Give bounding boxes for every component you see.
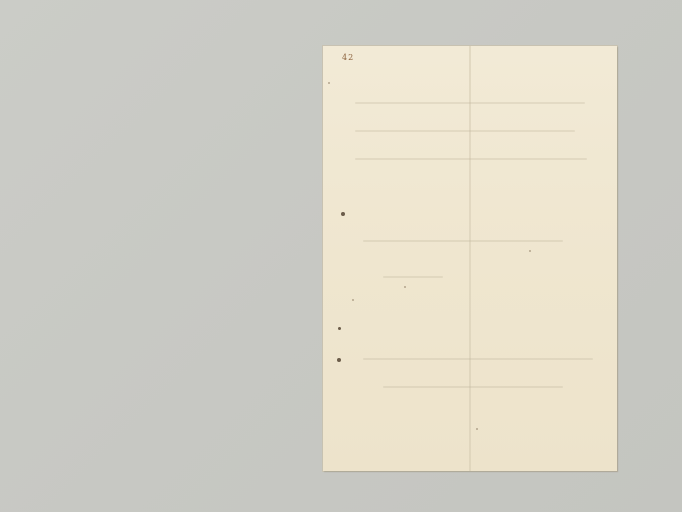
bleed-through-line: [383, 386, 563, 388]
paper-speck: [476, 428, 478, 430]
paper-speck: [352, 299, 354, 301]
bleed-through-line: [383, 276, 443, 278]
bleed-through-line: [355, 158, 587, 160]
paper-speck: [328, 82, 330, 84]
page-fold-line: [469, 46, 471, 471]
paper-speck: [404, 286, 406, 288]
punch-hole-mark: [341, 212, 345, 216]
document-page: 42: [323, 46, 617, 471]
bleed-through-line: [363, 358, 593, 360]
punch-hole-mark: [337, 358, 341, 362]
bleed-through-line: [355, 130, 575, 132]
punch-hole-mark: [338, 327, 341, 330]
bleed-through-line: [355, 102, 585, 104]
page-number: 42: [342, 53, 354, 62]
bleed-through-line: [363, 240, 563, 242]
paper-speck: [529, 250, 531, 252]
